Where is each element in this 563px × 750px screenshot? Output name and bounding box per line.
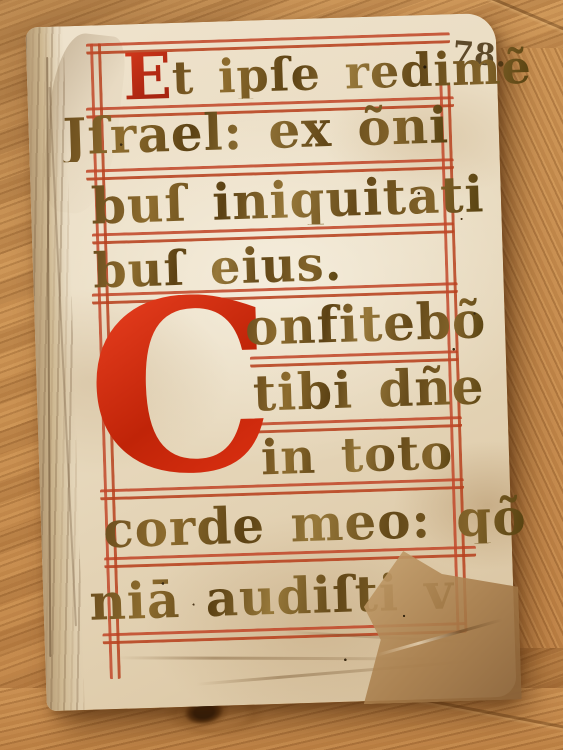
manuscript-page: 78. E t ipſe redimẽ Jſrael: ex õni buſ i…	[25, 13, 516, 711]
photo-scene: 78. E t ipſe redimẽ Jſrael: ex õni buſ i…	[0, 0, 563, 750]
red-initial-E: E	[122, 45, 173, 111]
text-line-8: corde meo: qõ	[102, 492, 527, 555]
text-line-7: in toto	[260, 428, 454, 482]
text-line-5: onfitebõ	[244, 295, 487, 353]
text-line-3: buſ iniquitati	[90, 169, 485, 231]
text-line-1-rest: t ipſe redimẽ	[171, 34, 533, 101]
text-line-2: Jſrael: ex õni	[62, 100, 450, 162]
text-line-6: tibi dñe	[252, 361, 485, 418]
